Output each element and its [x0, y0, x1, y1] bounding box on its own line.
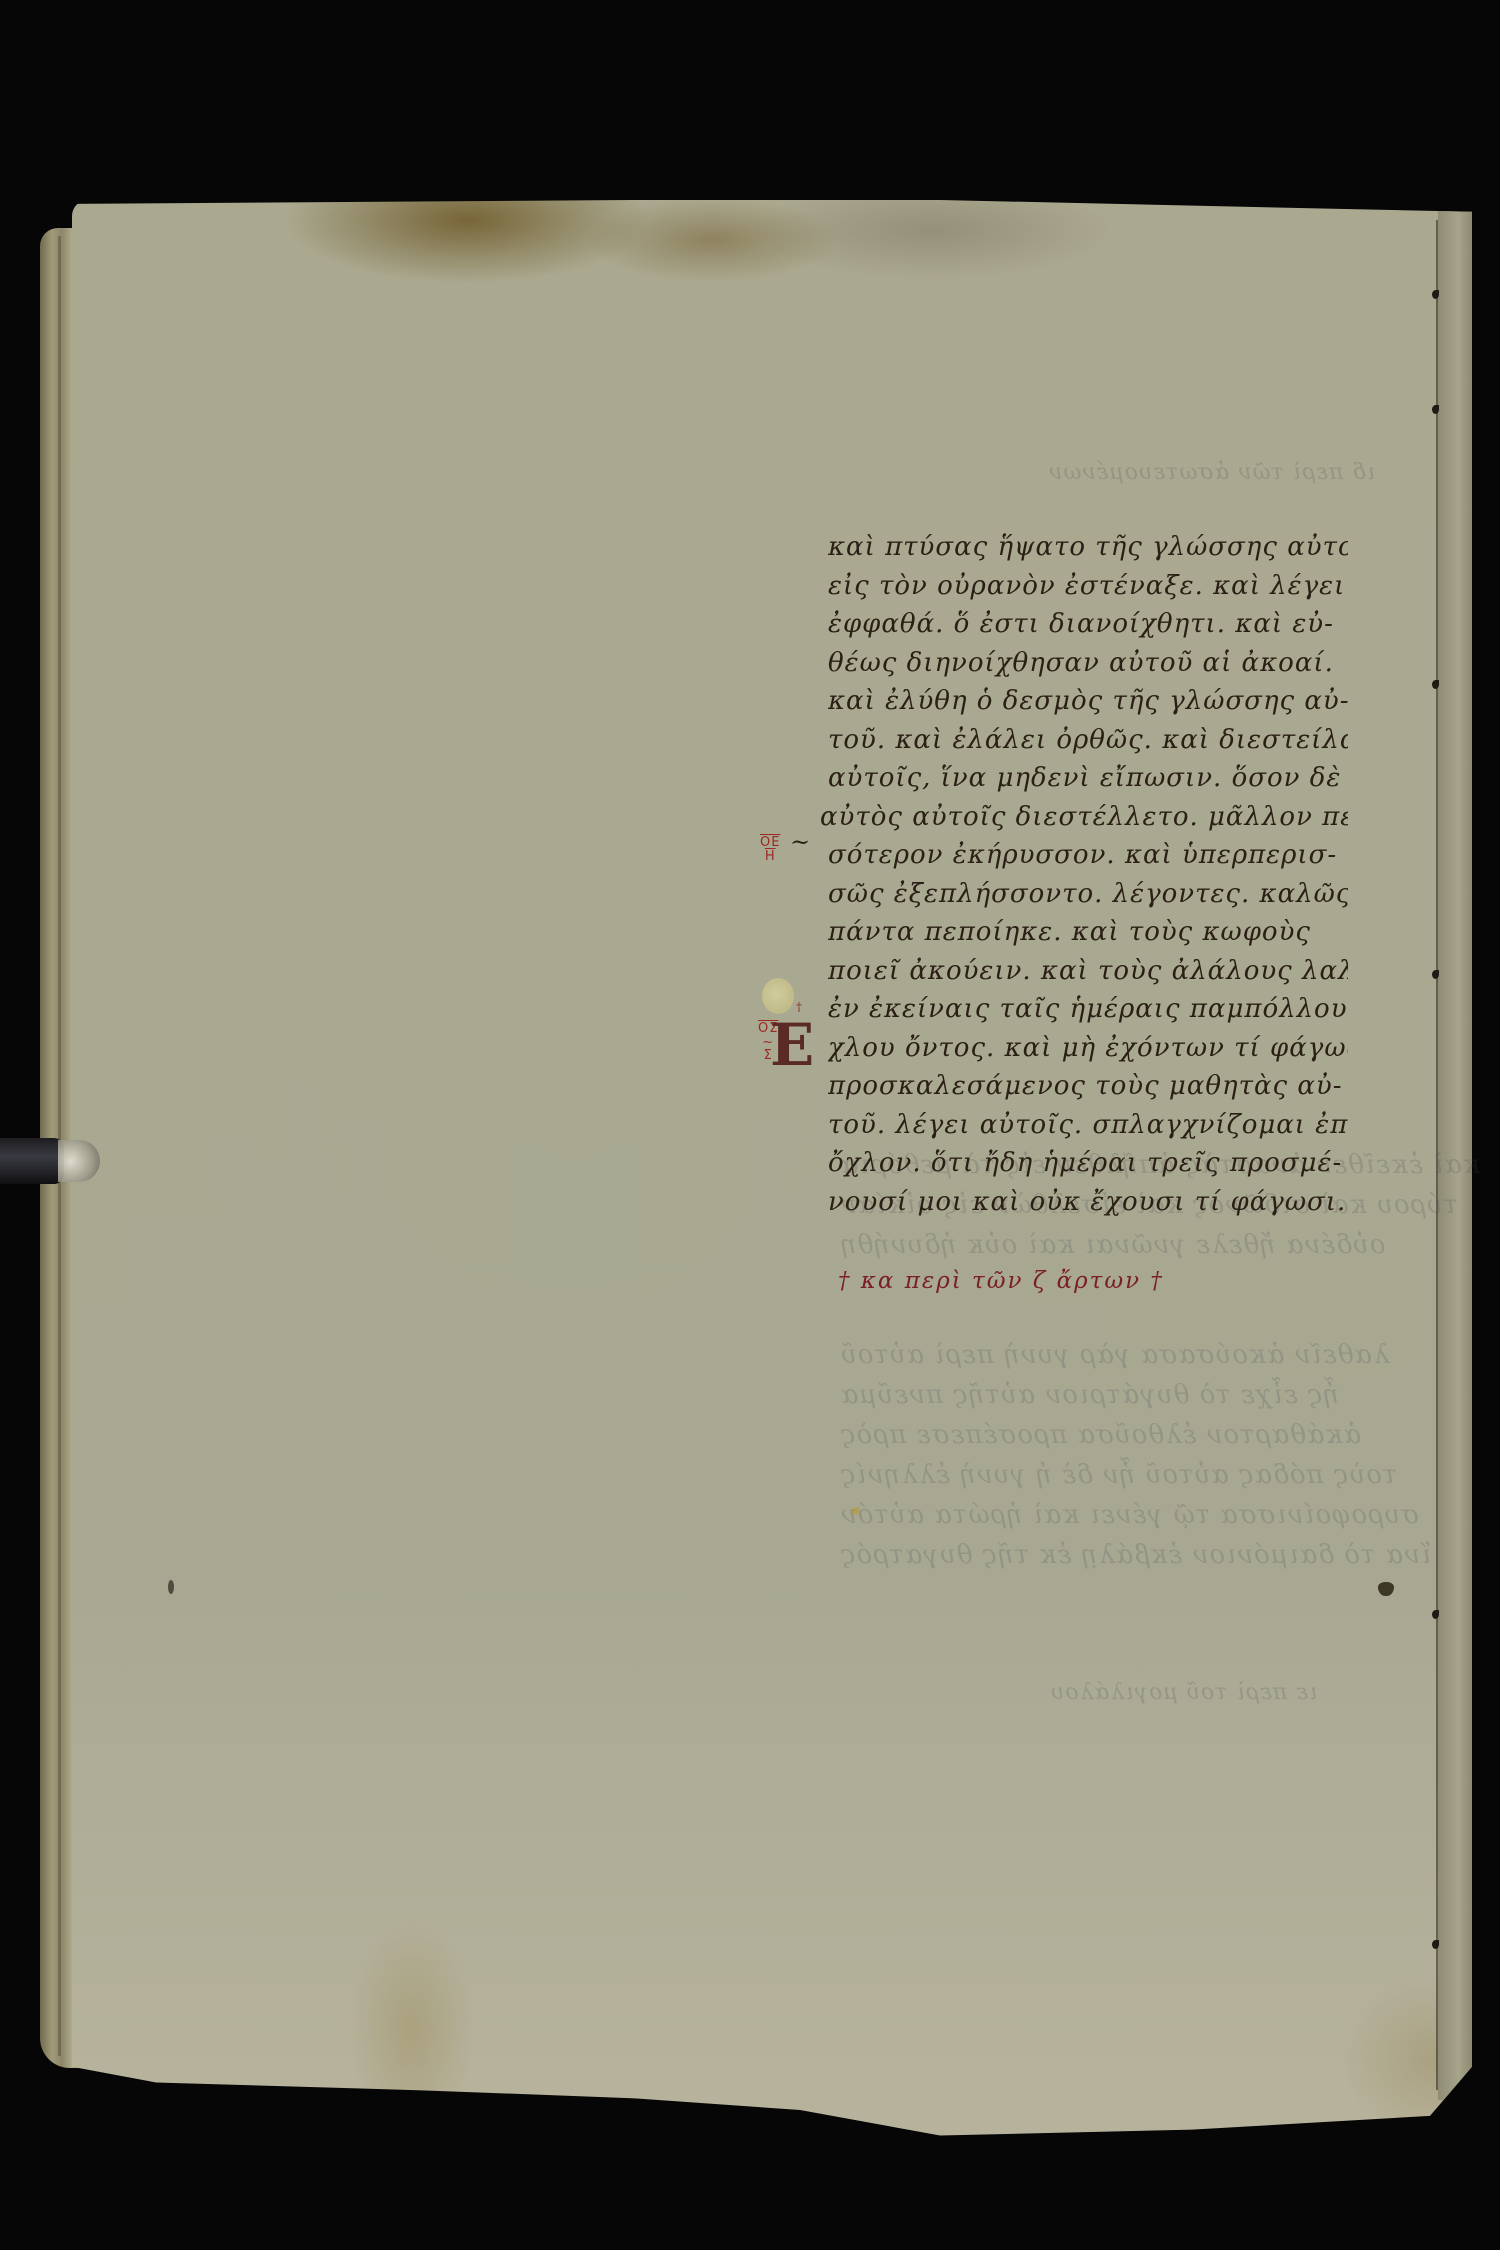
- text-line: ἐφφαθά. ὅ ἐστι διανοίχθητι. καὶ εὐ-: [828, 605, 1348, 644]
- bleed-through-line: ἧς εἶχε τὸ θυγάτριον αὐτῆς πνεῦμα: [840, 1380, 1339, 1410]
- wax-stain: [762, 978, 794, 1014]
- binding-stitch: [1432, 405, 1439, 414]
- text-line: καὶ πτύσας ἥψατο τῆς γλώσσης αὐτοῦ. καὶ …: [828, 528, 1348, 567]
- bleed-through-line: συροφοίνισσα τῷ γένει καὶ ἠρώτα αὐτόν: [840, 1500, 1419, 1530]
- binding-stitch: [1432, 680, 1439, 689]
- decorated-initial: Ε: [770, 1016, 814, 1074]
- stain-spot: [168, 1580, 174, 1594]
- text-line: θέως διηνοίχθησαν αὐτοῦ αἱ ἀκοαί.: [828, 644, 1348, 683]
- text-line: σότερον ἐκήρυσσον. καὶ ὑπερπερισ-: [828, 836, 1348, 875]
- bleed-through-line: λαθεῖν ἀκούσασα γὰρ γυνὴ περὶ αὐτοῦ: [840, 1340, 1389, 1370]
- text-line: αὐτὸς αὐτοῖς διεστέλλετο. μᾶλλον περισ-: [820, 798, 1348, 837]
- bleed-through-line: οὐδένα ἤθελε γνῶναι καὶ οὐκ ἠδυνήθη: [840, 1230, 1385, 1260]
- text-line: χλου ὄντος. καὶ μὴ ἐχόντων τί φάγωσι.: [828, 1029, 1348, 1068]
- text-line: προσκαλεσάμενος τοὺς μαθητὰς αὐ-: [828, 1067, 1348, 1106]
- clip-handle: [0, 1138, 64, 1184]
- binding-stitch: [1432, 1940, 1439, 1949]
- main-text-column: καὶ πτύσας ἥψατο τῆς γλώσσης αὐτοῦ. καὶ …: [828, 528, 1348, 1221]
- bleed-through-line: τοὺς πόδας αὐτοῦ ἦν δὲ ἡ γυνὴ ἑλληνίς: [840, 1460, 1397, 1490]
- text-line: ἐν ἐκείναις ταῖς ἡμέραις παμπόλλου ὄ-: [828, 990, 1348, 1029]
- text-line: ποιεῖ ἀκούειν. καὶ τοὺς ἀλάλους λαλεῖν.: [828, 952, 1348, 991]
- bleed-through-footer: ιε περὶ τοῦ μογιλάλου: [1050, 1680, 1318, 1705]
- bleed-through-line: ἵνα τὸ δαιμόνιον ἐκβάλῃ ἐκ τῆς θυγατρός: [840, 1540, 1431, 1570]
- manuscript-viewer: ιδ περὶ τῶν ἀσωτευομένων καὶ ἐκεῖθεν ἀνα…: [0, 0, 1500, 2250]
- binding-stitch: [1432, 290, 1439, 299]
- text-line: εἰς τὸν οὐρανὸν ἐστέναξε. καὶ λέγει αὐτῷ…: [828, 567, 1348, 606]
- text-line: τοῦ. καὶ ἐλάλει ὀρθῶς. καὶ διεστείλατο: [828, 721, 1348, 760]
- margin-note-bottom: Η: [760, 850, 780, 864]
- text-line: ὄχλον. ὅτι ἤδη ἡμέραι τρεῖς προσμέ-: [828, 1144, 1348, 1183]
- text-line: πάντα πεποίηκε. καὶ τοὺς κωφοὺς: [828, 913, 1348, 952]
- rubric-chapter-title: † κα περὶ τῶν ζ ἄρτων †: [838, 1268, 1164, 1294]
- text-line: σῶς ἐξεπλήσσοντο. λέγοντες. καλῶς: [828, 875, 1348, 914]
- page-clip: [0, 1138, 100, 1184]
- line-marker: ~: [790, 828, 810, 856]
- text-line: αὐτοῖς, ἵνα μηδενὶ εἴπωσιν. ὅσον δὲ: [828, 759, 1348, 798]
- text-line: καὶ ἐλύθη ὁ δεσμὸς τῆς γλώσσης αὐ-: [828, 682, 1348, 721]
- binding-stitch: [1432, 1610, 1439, 1619]
- margin-note-top: ΟΕ: [760, 836, 780, 850]
- clip-tip: [58, 1140, 100, 1182]
- bleed-through-running-head: ιδ περὶ τῶν ἀσωτευομένων: [1048, 460, 1375, 485]
- bleed-through-line: ἀκάθαρτον ἐλθοῦσα προσέπεσε πρὸς: [840, 1420, 1361, 1450]
- margin-section-number: ΟΕ Η: [760, 836, 780, 863]
- binding-stitch: [1432, 970, 1439, 979]
- text-line: τοῦ. λέγει αὐτοῖς. σπλαγχνίζομαι ἐπὶ τὸν: [828, 1106, 1348, 1145]
- text-line: νουσί μοι καὶ οὐκ ἔχουσι τί φάγωσι.: [828, 1183, 1348, 1222]
